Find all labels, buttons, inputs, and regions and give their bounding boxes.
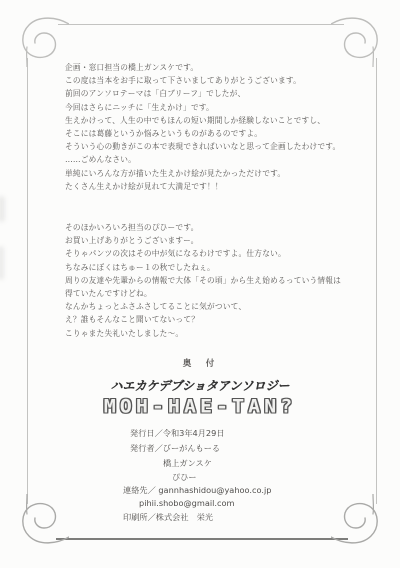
afterword-line: なんかちょっとふさふさしてることに気がついて、 bbox=[65, 300, 341, 313]
afterword-line: 生えかけって、人生の中でもほんの短い期間しか経験しないことですし、 bbox=[65, 114, 340, 127]
colophon-heading: 奥 付 bbox=[0, 357, 400, 369]
afterword-line: ちなみにぼくはちゅー１の秋でしたねぇ。 bbox=[65, 261, 341, 274]
afterword-line: 前回のアンソロテーマは「白ブリーフ」でしたが、 bbox=[65, 87, 340, 100]
corner-swirl-ornament-top-right bbox=[331, 15, 383, 67]
afterword-line: 得ていたんですけどね。 bbox=[65, 287, 341, 300]
corner-swirl-ornament-bottom-right bbox=[331, 494, 383, 546]
afterword-paragraph-1: 企画・窓口担当の橋上ガンスケです。 この度は当本をお手に取って下さいましてありが… bbox=[65, 61, 340, 193]
afterword-line: こりゃまた失礼いたしました～。 bbox=[65, 327, 341, 340]
afterword-line: そういう心の動きがこの本で表現できればいいなと思って企画したわけです。 bbox=[65, 140, 340, 153]
publisher-member-name: ぴひー bbox=[172, 472, 197, 482]
series-title: ハエカケデブショタアンソロジー bbox=[12, 376, 388, 394]
afterword-line: たくさん生えかけ絵が見れて大満足です！！ bbox=[65, 180, 340, 193]
afterword-line: 企画・窓口担当の橋上ガンスケです。 bbox=[65, 61, 340, 74]
afterword-line: 単純にいろんな方が描いた生えかけ絵が見たかっただけです。 bbox=[65, 167, 340, 180]
frame-border-left bbox=[27, 58, 28, 504]
afterword-line: そのほかいろいろ担当のぴひーです。 bbox=[65, 221, 341, 234]
publish-date-line: 発行日／令和3年4月29日 bbox=[130, 428, 225, 438]
frame-border-bottom bbox=[56, 538, 348, 540]
printer-line: 印刷所／株式会社 栄光 bbox=[123, 512, 213, 522]
frame-border-right bbox=[376, 58, 377, 504]
scan-smudge bbox=[0, 246, 4, 280]
scan-smudge bbox=[0, 196, 5, 222]
afterword-line: 今回はさらにニッチに「生えかけ」です。 bbox=[65, 101, 340, 114]
corner-swirl-ornament-bottom-left bbox=[17, 494, 69, 546]
contact-email-line: pihii.shobo@gmail.com bbox=[139, 498, 235, 508]
contact-email-line: 連絡先／ gannhashidou@yahoo.co.jp bbox=[123, 485, 271, 495]
afterword-line: え？誰もそんなこと聞いてないって？ bbox=[65, 313, 341, 326]
frame-border-top bbox=[58, 24, 344, 25]
publisher-line: 発行者／びーがんもーる bbox=[130, 443, 220, 453]
afterword-paragraph-2: そのほかいろいろ担当のぴひーです。 お買い上げありがとうございますー。 そりゃパ… bbox=[65, 221, 341, 340]
afterword-line: お買い上げありがとうございますー。 bbox=[65, 234, 341, 247]
afterword-line: 周りの友達や先輩からの情報で大体「その頃」から生え始めるっていう情報は bbox=[65, 274, 341, 287]
logo-title: MOH-HAE-TAN? bbox=[0, 395, 400, 417]
afterword-line: そりゃパンツの次はその中が気になるわけですよ。仕方ない。 bbox=[65, 247, 341, 260]
afterword-line: そこには葛藤というか悩みというものがあるのですよ。 bbox=[65, 127, 340, 140]
afterword-line: この度は当本をお手に取って下さいましてありがとうございます。 bbox=[65, 74, 340, 87]
afterword-line: ……ごめんなさい。 bbox=[65, 153, 340, 166]
corner-swirl-ornament-top-left bbox=[17, 15, 69, 67]
publisher-member-name: 橋上ガンスケ bbox=[163, 458, 212, 468]
